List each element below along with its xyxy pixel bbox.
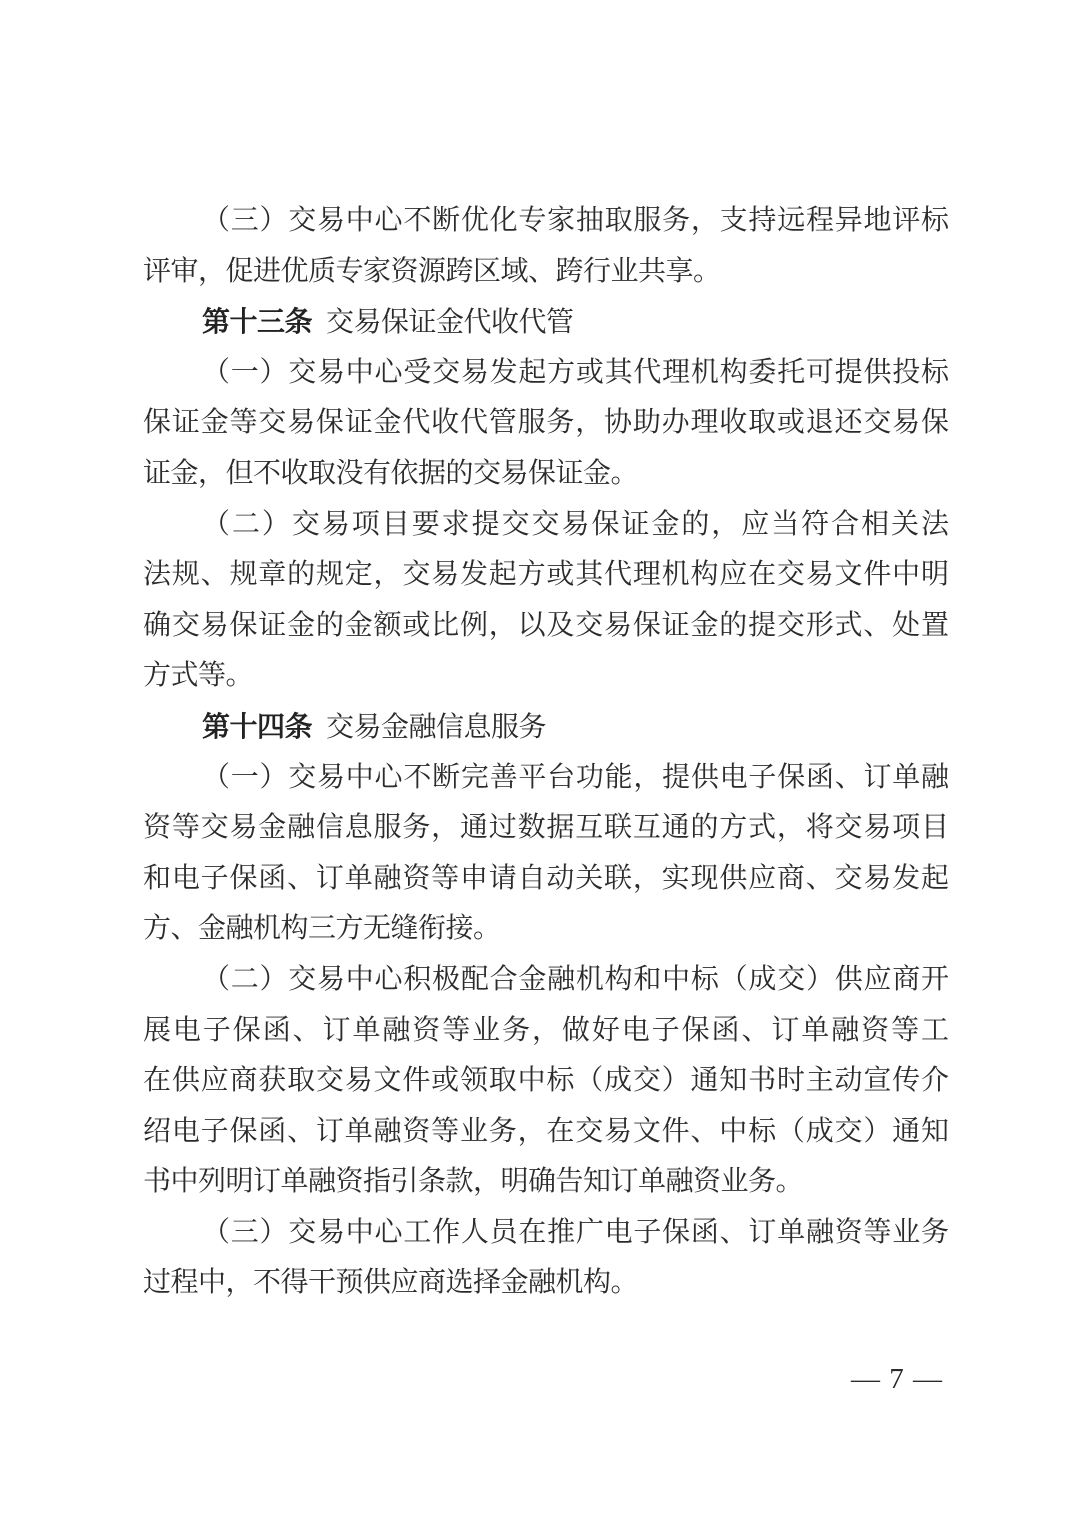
article-number: 第十三条 — [202, 306, 312, 337]
document-line: 书中列明订单融资指引条款，明确告知订单融资业务。 — [143, 1157, 949, 1208]
document-line: 过程中，不得干预供应商选择金融机构。 — [143, 1258, 949, 1309]
article-heading-line: 第十三条交易保证金代收代管 — [143, 297, 949, 348]
document-line: 确交易保证金的金额或比例，以及交易保证金的提交形式、处置 — [143, 601, 949, 652]
document-line: （三）交易中心工作人员在推广电子保函、订单融资等业务 — [143, 1208, 949, 1259]
document-body: （三）交易中心不断优化专家抽取服务，支持远程异地评标评审，促进优质专家资源跨区域… — [143, 196, 949, 1309]
document-page: （三）交易中心不断优化专家抽取服务，支持远程异地评标评审，促进优质专家资源跨区域… — [0, 0, 1080, 1527]
document-line: 方式等。 — [143, 651, 949, 702]
document-line: （一）交易中心受交易发起方或其代理机构委托可提供投标 — [143, 348, 949, 399]
article-title: 交易保证金代收代管 — [326, 307, 574, 338]
document-line: 和电子保函、订单融资等申请自动关联，实现供应商、交易发起 — [143, 854, 949, 905]
document-line: 证金，但不收取没有依据的交易保证金。 — [143, 449, 949, 500]
document-line: 资等交易金融信息服务，通过数据互联互通的方式，将交易项目 — [143, 803, 949, 854]
document-line: 方、金融机构三方无缝衔接。 — [143, 904, 949, 955]
document-line: 保证金等交易保证金代收代管服务，协助办理收取或退还交易保 — [143, 398, 949, 449]
article-number: 第十四条 — [202, 711, 312, 742]
document-line: 法规、规章的规定，交易发起方或其代理机构应在交易文件中明 — [143, 550, 949, 601]
article-title: 交易金融信息服务 — [326, 712, 546, 743]
document-line: 在供应商获取交易文件或领取中标（成交）通知书时主动宣传介 — [143, 1056, 949, 1107]
document-line: （二）交易中心积极配合金融机构和中标（成交）供应商开 — [143, 955, 949, 1006]
document-line: （二）交易项目要求提交交易保证金的，应当符合相关法律、 — [143, 500, 949, 551]
document-line: （一）交易中心不断完善平台功能，提供电子保函、订单融 — [143, 753, 949, 804]
document-line: （三）交易中心不断优化专家抽取服务，支持远程异地评标 — [143, 196, 949, 247]
page-number: — 7 — — [851, 1357, 951, 1401]
document-line: 展电子保函、订单融资等业务，做好电子保函、订单融资等工作， — [143, 1006, 949, 1057]
document-line: 评审，促进优质专家资源跨区域、跨行业共享。 — [143, 247, 949, 298]
document-line: 绍电子保函、订单融资等业务，在交易文件、中标（成交）通知 — [143, 1107, 949, 1158]
article-heading-line: 第十四条交易金融信息服务 — [143, 702, 949, 753]
